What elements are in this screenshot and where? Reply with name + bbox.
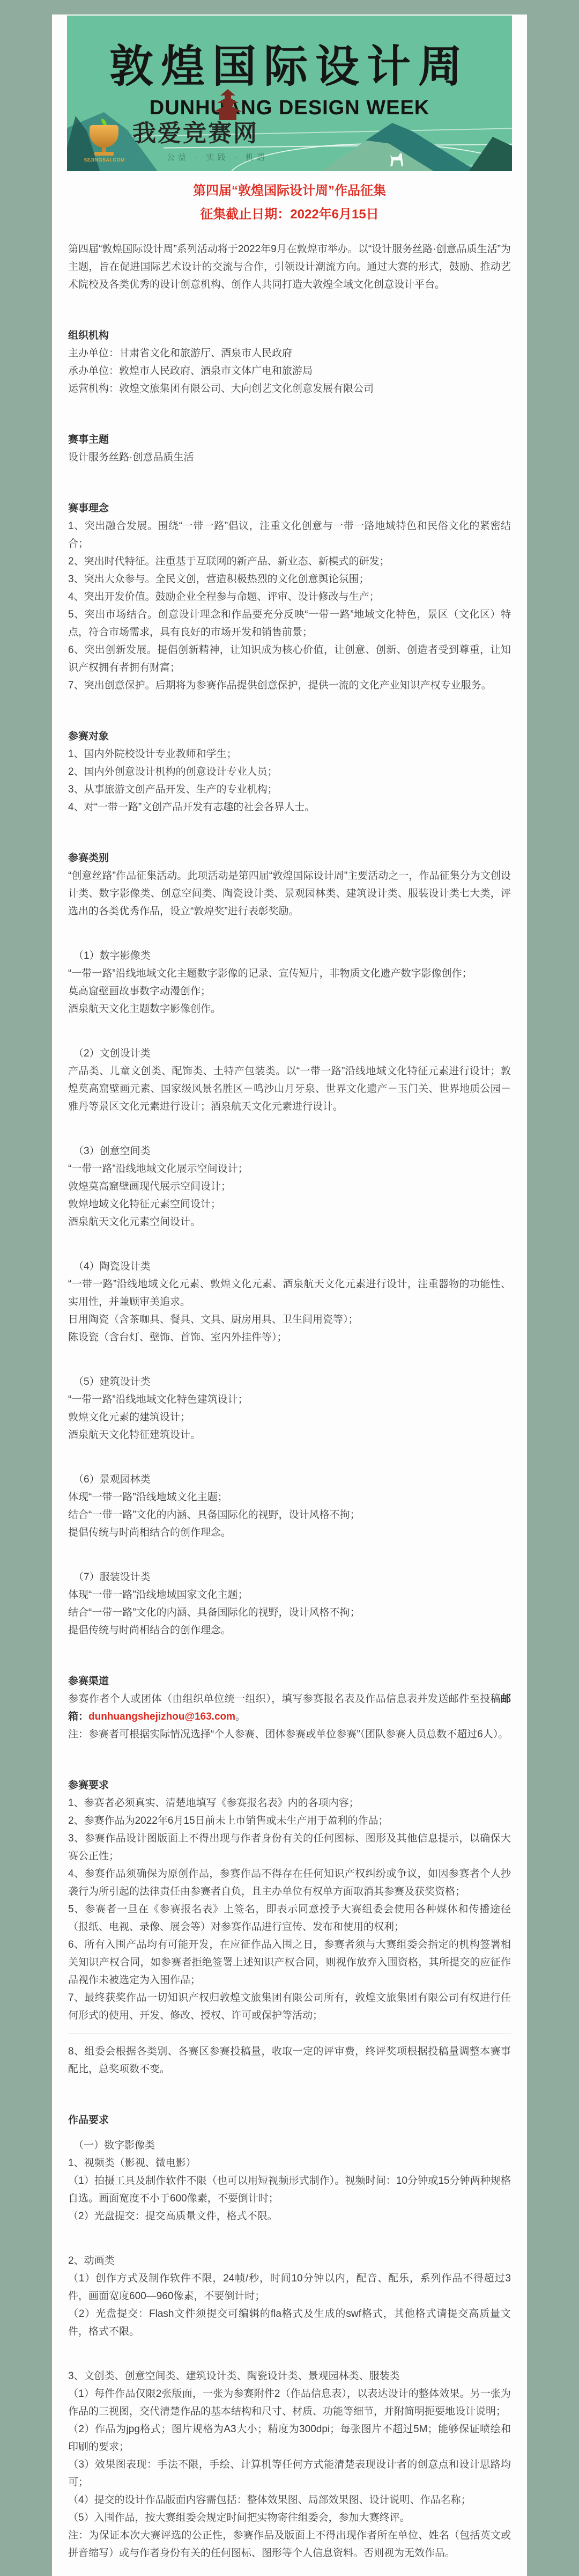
paragraph: （2）作品为jpg格式；图片规格为A3大小；精度为300dpi；每张图片不超过5…: [68, 2420, 511, 2456]
paragraph: 酒泉航天文化主题数字影像创作。: [68, 1000, 511, 1018]
paragraph: “一带一路”沿线地域文化特色建筑设计；: [68, 1391, 511, 1408]
paragraph: 1、视频类（影视、微电影）: [68, 2154, 511, 2172]
paragraph: 酒泉航天文化元素空间设计。: [68, 1213, 511, 1231]
paragraph: （3）效果图表现：手法不限，手绘、计算机等任何方式能清楚表现设计者的创意点和设计…: [68, 2456, 511, 2491]
paragraph: 第四届“敦煌国际设计周”系列活动将于2022年9月在敦煌市举办。以“设计服务丝路…: [68, 240, 511, 293]
logo-domain: 52JINGSAI.COM: [82, 157, 127, 163]
paragraph: 6、突出创新发展。提倡创新精神，让知识成为核心价值，让创意、创新、创造者受到尊重…: [68, 641, 511, 677]
section-heading: 参赛渠道: [68, 1672, 511, 1690]
paragraph: 主办单位：甘肃省文化和旅游厅、酒泉市人民政府: [68, 344, 511, 362]
trophy-bowl: [90, 125, 118, 148]
paragraph: 敦煌文化元素的建筑设计；: [68, 1408, 511, 1426]
paragraph: （2）光盘提交：Flash文件须提交可编辑的fla格式及生成的swf格式，其他格…: [68, 2305, 511, 2340]
paragraph: 莫高窟壁画故事数字动漫创作；: [68, 982, 511, 1000]
paragraph: 4、突出开发价值。鼓励企业全程参与命题、评审、设计修改与生产；: [68, 588, 511, 606]
paragraph: 结合“一带一路”文化的内涵、具备国际化的视野，设计风格不拘；: [68, 1506, 511, 1524]
paragraph: 5、参赛者一旦在《参赛报名表》上签名，即表示同意授予大赛组委会使用各种媒体和传播…: [68, 1900, 511, 1936]
trophy-icon: 52JINGSAI.COM: [85, 118, 123, 164]
paragraph: （4）提交的设计作品版面内容需包括：整体效果图、局部效果图、设计说明、作品名称；: [68, 2491, 511, 2509]
paragraph: 4、对“一带一路”文创产品开发有志趣的社会各界人士。: [68, 798, 511, 816]
pagoda-icon: [209, 89, 247, 120]
paragraph: （1）每件作品仅限2张版面，一张为参赛附件2（作品信息表），以表达设计的整体效果…: [68, 2385, 511, 2420]
paragraph: 1、参赛者必须真实、清楚地填写《参赛报名表》内的各项内容；: [68, 1794, 511, 1812]
paragraph: 5、突出市场结合。创意设计理念和作品要充分反映“一带一路”地域文化特色，景区（文…: [68, 606, 511, 641]
paragraph: 陈设瓷（含台灯、壁饰、首饰、室内外挂件等）；: [68, 1329, 511, 1346]
paragraph: （5）入围作品，按大赛组委会规定时间把实物寄往组委会，参加大赛终评。: [68, 2509, 511, 2527]
paragraph: 1、突出融合发展。围绕“一带一路”倡议，注重文化创意与一带一路地域特色和民俗文化…: [68, 517, 511, 553]
page: { "colors":{ "page-bg":"#8fac9f", "banne…: [0, 14, 579, 2576]
subsection-title: （5）建筑设计类: [68, 1373, 511, 1391]
paragraph: 4、参赛作品须确保为原创作品，参赛作品不得存在任何知识产权纠纷或争议，如因参赛者…: [68, 1865, 511, 1900]
paragraph: 承办单位：敦煌市人民政府、酒泉市文体广电和旅游局: [68, 362, 511, 380]
paragraph: 7、突出创意保护。后期将为参赛作品提供创意保护，提供一流的文化产业知识产权专业服…: [68, 677, 511, 694]
banner-title: 敦煌国际设计周: [67, 16, 512, 94]
paragraph: 2、国内外创意设计机构的创意设计专业人员；: [68, 763, 511, 781]
paragraph: （1）创作方式及制作软件不限，24帧/秒，时间10分钟以内，配音、配乐，系列作品…: [68, 2270, 511, 2305]
paragraph: 2、突出时代特征。注重基于互联网的新产品、新业态、新模式的研发；: [68, 553, 511, 570]
paragraph: 敦煌莫高窟壁画现代展示空间设计；: [68, 1178, 511, 1195]
text-run: 。: [235, 1711, 246, 1722]
subsection-title: （2）文创设计类: [68, 1045, 511, 1062]
banner: 敦煌国际设计周 DUNHUANG DESIGN WEEK 52JINGSAI.C…: [67, 16, 512, 171]
subsection-title: （4）陶瓷设计类: [68, 1258, 511, 1275]
paragraph: 1、国内外院校设计专业教师和学生；: [68, 745, 511, 763]
paragraph: “一带一路”沿线地域文化主题数字影像的记录、宣传短片，非物质文化遗产数字影像创作…: [68, 965, 511, 982]
paragraph: 日用陶瓷（含茶咖具、餐具、文具、厨房用具、卫生间用瓷等）；: [68, 1311, 511, 1329]
section-heading: 赛事理念: [68, 500, 511, 517]
notice-deadline: 征集截止日期：2022年6月15日: [68, 203, 511, 222]
notice-title: 第四届“敦煌国际设计周”作品征集: [68, 180, 511, 199]
section-heading: 参赛类别: [68, 849, 511, 867]
email-address: dunhuangshejizhou@163.com: [88, 1711, 235, 1722]
paragraph: （2）光盘提交：提交高质量文件，格式不限。: [68, 2207, 511, 2225]
paragraph: 运营机构：敦煌文旅集团有限公司、大向创艺文化创意发展有限公司: [68, 380, 511, 398]
logo-text: 我爱竞赛网 公益 · 实践 · 机遇: [132, 114, 268, 164]
section-heading: 组织机构: [68, 327, 511, 344]
paragraph: “一带一路”沿线地域文化展示空间设计；: [68, 1160, 511, 1178]
subsection-title: （一）数字影像类: [68, 2137, 511, 2154]
deer-icon: [388, 150, 407, 167]
stitch-seam: [68, 2024, 511, 2043]
paragraph: 7、最终获奖作品一切知识产权归敦煌文旅集团有限公司所有，敦煌文旅集团有限公司有权…: [68, 1989, 511, 2024]
subsection-title: （3）创意空间类: [68, 1142, 511, 1160]
paragraph: 提倡传统与时尚相结合的创作理念。: [68, 1621, 511, 1639]
notice-card: 敦煌国际设计周 DUNHUANG DESIGN WEEK 52JINGSAI.C…: [52, 14, 527, 2576]
paragraph: 3、突出大众参与。全民文创，营造积极热烈的文化创意舆论氛围；: [68, 570, 511, 588]
section-heading: 作品要求: [68, 2111, 511, 2129]
paragraph: 3、参赛作品设计图版面上不得出现与作者身份有关的任何图标、图形及其他信息提示，以…: [68, 1830, 511, 1865]
paragraph: 酒泉航天文化特征建筑设计。: [68, 1426, 511, 1444]
logo-site-name: 我爱竞赛网: [132, 114, 268, 148]
paragraph: 参赛作者个人或团体（由组织单位统一组织），填写参赛报名表及作品信息表并发送邮件至…: [68, 1690, 511, 1726]
paragraph: 结合“一带一路”文化的内涵、具备国际化的视野，设计风格不拘；: [68, 1604, 511, 1621]
paragraph: “创意丝路”作品征集活动。此项活动是第四届“敦煌国际设计周”主要活动之一，作品征…: [68, 867, 511, 920]
paragraph: 体现“一带一路”沿线地域文化主题；: [68, 1488, 511, 1506]
logo-tagline: 公益 · 实践 · 机遇: [132, 151, 268, 163]
paragraph: 2、参赛作品为2022年6月15日前未上市销售或未生产用于盈利的作品；: [68, 1812, 511, 1830]
subsection-title: （7）服装设计类: [68, 1568, 511, 1586]
site-logo: 52JINGSAI.COM 我爱竞赛网 公益 · 实践 · 机遇: [85, 114, 268, 164]
section-heading: 赛事主题: [68, 431, 511, 449]
document-body: 第四届“敦煌国际设计周”系列活动将于2022年9月在敦煌市举办。以“设计服务丝路…: [68, 240, 511, 2562]
paragraph: 3、文创类、创意空间类、建筑设计类、陶瓷设计类、景观园林类、服装类: [68, 2367, 511, 2385]
subsection-title: （6）景观园林类: [68, 1471, 511, 1488]
paragraph: 设计服务丝路·创意品质生活: [68, 449, 511, 466]
paragraph: 8、组委会根据各类别、各赛区参赛投稿量，收取一定的评审费，终评奖项根据投稿量调整…: [68, 2043, 511, 2078]
text-run: 参赛作者个人或团体（由组织单位统一组织），填写参赛报名表及作品信息表并发送邮件至…: [68, 1693, 501, 1705]
paragraph: 2、动画类: [68, 2252, 511, 2270]
paragraph: 产品类、儿童文创类、配饰类、土特产包装类。以“一带一路”沿线地域文化特征元素进行…: [68, 1062, 511, 1115]
paragraph: 敦煌地域文化特征元素空间设计；: [68, 1195, 511, 1213]
paragraph: （1）拍摄工具及制作软件不限（也可以用短视频形式制作）。视频时间：10分钟或15…: [68, 2172, 511, 2207]
section-heading: 参赛对象: [68, 728, 511, 745]
paragraph: 体现“一带一路”沿线地域国家文化主题；: [68, 1586, 511, 1604]
paragraph: 注：参赛者可根据实际情况选择“个人参赛、团体参赛或单位参赛”（团队参赛人员总数不…: [68, 1726, 511, 1743]
paragraph: 提倡传统与时尚相结合的创作理念。: [68, 1524, 511, 1542]
trophy-base: [94, 152, 114, 156]
paragraph: 3、从事旅游文创产品开发、生产的专业机构；: [68, 781, 511, 798]
paragraph: 注：为保证本次大赛评选的公正性，参赛作品及版面上不得出现作者所在单位、姓名（包括…: [68, 2527, 511, 2562]
paragraph: “一带一路”沿线地域文化元素、敦煌文化元素、酒泉航天文化元素进行设计，注重器物的…: [68, 1275, 511, 1311]
paragraph: 6、所有入围产品均有可能开发，在应征作品入围之日，参赛者须与大赛组委会指定的机构…: [68, 1936, 511, 1989]
section-heading: 参赛要求: [68, 1777, 511, 1794]
subsection-title: （1）数字影像类: [68, 947, 511, 965]
